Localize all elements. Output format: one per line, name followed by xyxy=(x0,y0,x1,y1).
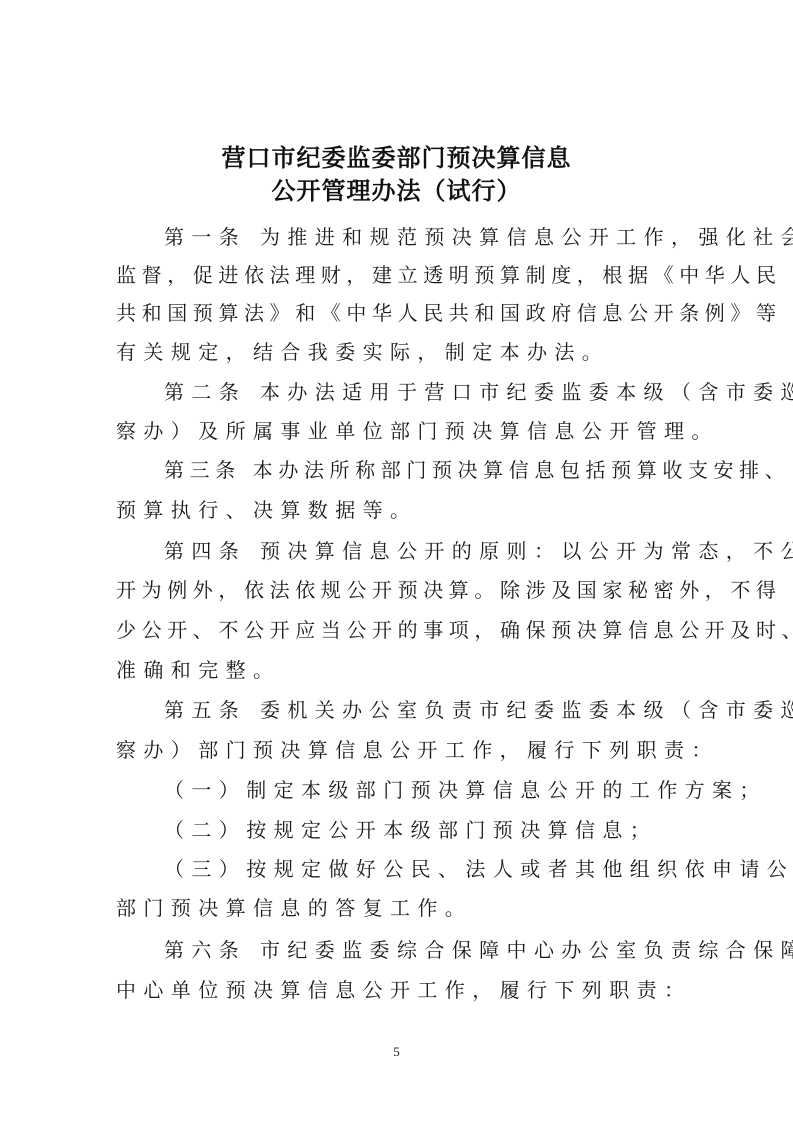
paragraph-line: 察办）及所属事业单位部门预决算信息公开管理。 xyxy=(116,418,680,444)
paragraph-line: 第一条 为推进和规范预决算信息公开工作，强化社会 xyxy=(164,224,680,250)
paragraph-line: （三）按规定做好公民、法人或者其他组织依申请公开 xyxy=(164,856,680,882)
paragraph-line: 少公开、不公开应当公开的事项，确保预决算信息公开及时、 xyxy=(116,617,680,643)
paragraph-line: 第二条 本办法适用于营口市纪委监委本级（含市委巡 xyxy=(164,379,680,405)
document-page: 营口市纪委监委部门预决算信息 公开管理办法（试行） 第一条 为推进和规范预决算信… xyxy=(0,0,793,1122)
paragraph-line: 监督，促进依法理财，建立透明预算制度，根据《中华人民 xyxy=(116,262,680,288)
paragraph-line: （二）按规定公开本级部门预决算信息； xyxy=(164,817,680,843)
page-number: 5 xyxy=(0,1044,793,1060)
document-title-line-2: 公开管理办法（试行） xyxy=(0,176,793,206)
paragraph-line: 第五条 委机关办公室负责市纪委监委本级（含市委巡 xyxy=(164,697,680,723)
paragraph-line: 预算执行、决算数据等。 xyxy=(116,497,680,523)
paragraph-line: 察办）部门预决算信息公开工作，履行下列职责： xyxy=(116,737,680,763)
paragraph-line: 有关规定，结合我委实际，制定本办法。 xyxy=(116,339,680,365)
paragraph-line: 开为例外，依法依规公开预决算。除涉及国家秘密外，不得 xyxy=(116,577,680,603)
paragraph-line: 中心单位预决算信息公开工作，履行下列职责： xyxy=(116,977,680,1003)
paragraph-line: 准确和完整。 xyxy=(116,657,680,683)
paragraph-line: 第六条 市纪委监委综合保障中心办公室负责综合保障 xyxy=(164,937,680,963)
document-title-line-1: 营口市纪委监委部门预决算信息 xyxy=(0,143,793,173)
paragraph-line: 第四条 预决算信息公开的原则：以公开为常态，不公 xyxy=(164,538,680,564)
paragraph-line: 共和国预算法》和《中华人民共和国政府信息公开条例》等 xyxy=(116,300,680,326)
paragraph-line: （一）制定本级部门预决算信息公开的工作方案； xyxy=(164,777,680,803)
paragraph-line: 部门预决算信息的答复工作。 xyxy=(116,895,680,921)
paragraph-line: 第三条 本办法所称部门预决算信息包括预算收支安排、 xyxy=(164,457,680,483)
